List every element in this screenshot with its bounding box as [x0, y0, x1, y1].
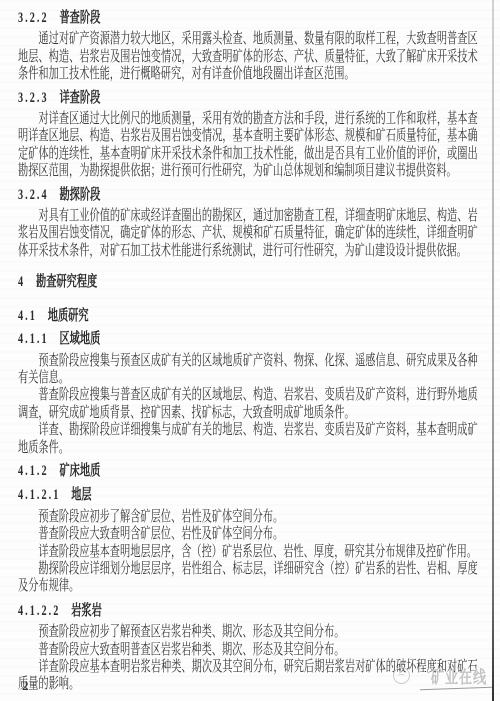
section-number: 3.2.2 — [18, 10, 49, 26]
section-title: 地质研究 — [48, 308, 89, 324]
watermark-text: 矿业在线 — [431, 663, 487, 688]
section-heading-4: 4勘查研究程度 — [18, 274, 478, 291]
paragraph: 普查阶段应大致查明含矿层位、岩性及矿体空间分布。 — [18, 526, 478, 543]
section-heading-4-1-2-1: 4.1.2.1地层 — [18, 487, 478, 504]
section-heading-3-2-2: 3.2.2普查阶段 — [18, 10, 478, 27]
scanned-document-page: 3.2.2普查阶段通过对矿产资源潜力较大地区，采用露头检查、地质测量、数量有限的… — [0, 0, 500, 701]
section-number: 4.1.2.2 — [18, 603, 60, 619]
paragraph: 详查阶段应基本查明地层层序，含（控）矿岩系层位、岩性、厚度，研究其分布规律及控矿… — [18, 544, 478, 561]
section-heading-3-2-3: 3.2.3详查阶段 — [18, 90, 478, 107]
section-heading-4-1-2: 4.1.2矿床地质 — [18, 463, 478, 480]
paragraph: 普查阶段应搜集与普查区成矿有关的区域地层、构造、岩浆岩、变质岩及矿产资料，进行野… — [18, 387, 478, 422]
paragraph: 对详查区通过大比例尺的地质测量，采用有效的勘查方法和手段，进行系统的工作和取样，… — [18, 111, 478, 181]
section-number: 4.1.2.1 — [18, 487, 60, 503]
paragraph: 普查阶段应大致查明普查区岩浆岩种类、期次、形态及其空间分布。 — [18, 642, 478, 659]
paragraph: 详查、勘探阶段应详细搜集与成矿有关的地层、构造、岩浆岩、变质岩及矿产资料，基本查… — [18, 422, 478, 457]
section-number: 4 — [18, 274, 25, 290]
section-title: 区域地质 — [59, 331, 100, 347]
section-title: 地层 — [71, 487, 91, 503]
paragraph: 预查阶段应搜集与预查区成矿有关的区域地质矿产资料、物探、化探、遥感信息、研究成果… — [18, 353, 478, 388]
section-title: 详查阶段 — [59, 90, 100, 106]
paragraph: 勘探阶段应详细划分地层层序，岩性组合、标志层，详细研究含（控）矿岩系的岩性、岩相… — [18, 561, 478, 596]
section-number: 4.1 — [18, 308, 37, 324]
section-title: 普查阶段 — [59, 10, 100, 26]
watermark: 矿业在线 — [393, 663, 487, 688]
paragraph: 预查阶段应初步了解含矿层位、岩性及矿体空间分布。 — [18, 509, 478, 526]
section-heading-4-1-2-2: 4.1.2.2岩浆岩 — [18, 603, 478, 620]
paragraph: 预查阶段应初步了解预查区岩浆岩种类、期次、形态及其空间分布。 — [18, 624, 478, 641]
paragraph: 通过对矿产资源潜力较大地区，采用露头检查、地质测量、数量有限的取样工程，大致查明… — [18, 31, 478, 83]
section-title: 勘探阶段 — [59, 187, 100, 203]
section-heading-3-2-4: 3.2.4勘探阶段 — [18, 187, 478, 204]
section-number: 3.2.4 — [18, 187, 49, 203]
section-number: 4.1.1 — [18, 331, 49, 347]
document-body: 3.2.2普查阶段通过对矿产资源潜力较大地区，采用露头检查、地质测量、数量有限的… — [18, 4, 478, 694]
paragraph: 对具有工业价值的矿床或经详查圈出的勘探区，通过加密勘查工程，详细查明矿床地层、构… — [18, 208, 478, 260]
section-title: 勘查研究程度 — [36, 274, 97, 290]
section-number: 4.1.2 — [18, 463, 49, 479]
scan-edge-line — [492, 0, 494, 701]
section-title: 岩浆岩 — [71, 603, 102, 619]
section-number: 3.2.3 — [18, 90, 49, 106]
section-heading-4-1-1: 4.1.1区域地质 — [18, 331, 478, 348]
section-title: 矿床地质 — [59, 463, 100, 479]
page-number: 2 — [22, 678, 29, 694]
section-heading-4-1: 4.1地质研究 — [18, 308, 478, 325]
mining-online-logo-icon — [393, 667, 410, 684]
